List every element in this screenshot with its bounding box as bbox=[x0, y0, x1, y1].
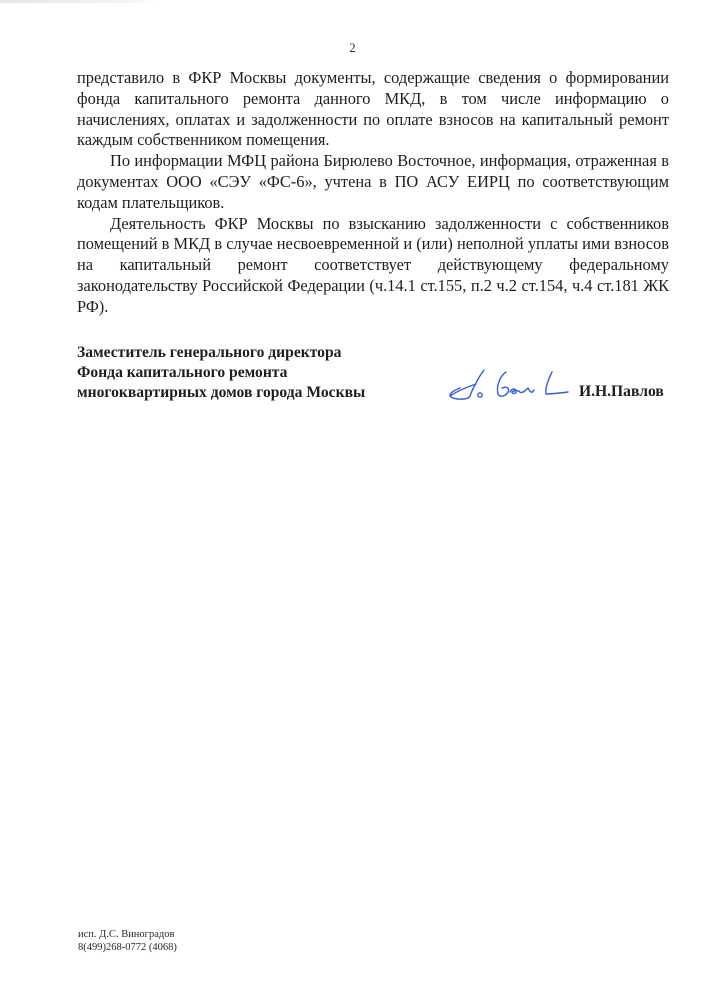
executor-info: исп. Д.С. Виноградов 8(499)268-0772 (406… bbox=[78, 929, 177, 954]
signer-name: И.Н.Павлов bbox=[579, 382, 664, 402]
handwritten-signature-icon bbox=[448, 366, 573, 402]
page-number: 2 bbox=[0, 40, 705, 56]
paragraph-legal-basis: Деятельность ФКР Москвы по взысканию зад… bbox=[77, 214, 669, 318]
paragraph-mfc-info: По информации МФЦ района Бирюлево Восточ… bbox=[77, 151, 669, 213]
signer-position: Заместитель генерального директора Фонда… bbox=[77, 343, 365, 402]
executor-name: исп. Д.С. Виноградов bbox=[78, 929, 177, 942]
paragraph-continuation: представило в ФКР Москвы документы, соде… bbox=[77, 68, 669, 151]
signer-position-line: многоквартирных домов города Москвы bbox=[77, 383, 365, 403]
scan-edge-artifact bbox=[0, 0, 160, 3]
signer-position-line: Заместитель генерального директора bbox=[77, 343, 365, 363]
letter-body: представило в ФКР Москвы документы, соде… bbox=[77, 68, 669, 318]
signer-position-line: Фонда капитального ремонта bbox=[77, 363, 365, 383]
executor-phone: 8(499)268-0772 (4068) bbox=[78, 942, 177, 955]
